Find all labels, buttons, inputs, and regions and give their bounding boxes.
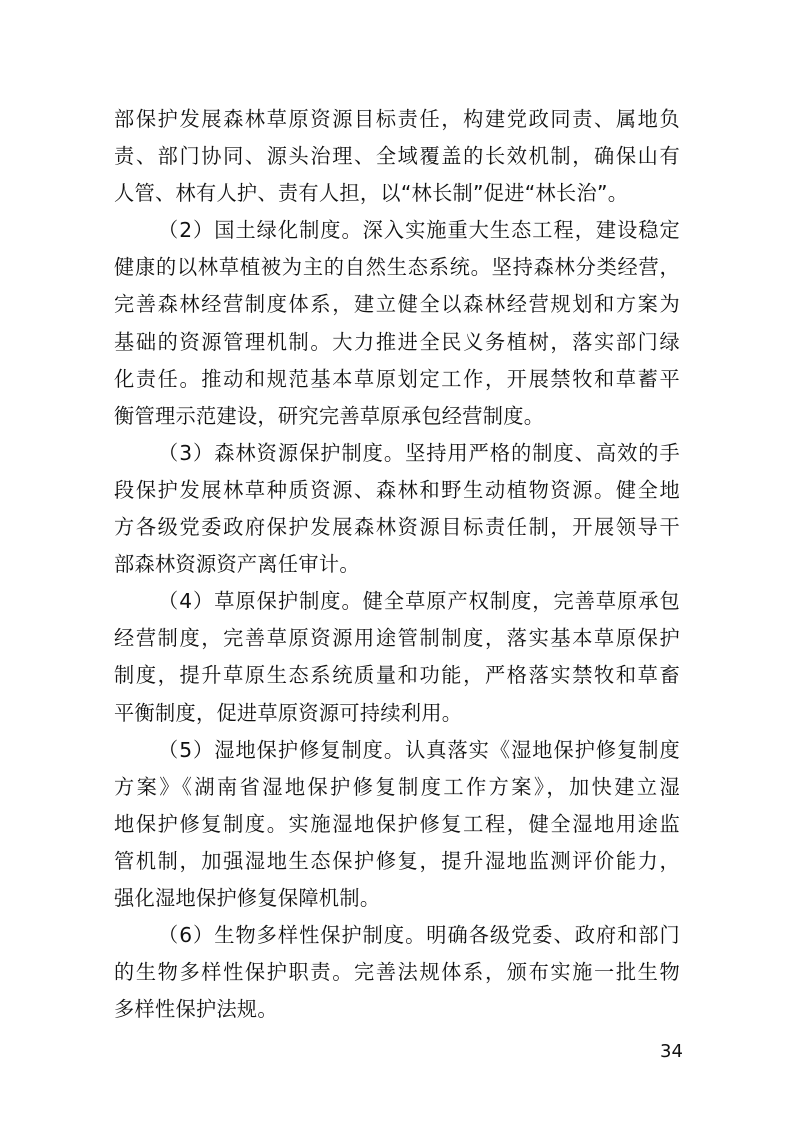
paragraph-wetland-restoration: （5）湿地保护修复制度。认真落实《湿地保护修复制度 方案》《湖南省湿地保护修复制… xyxy=(114,732,680,917)
text-line: （4）草原保护制度。健全草原产权制度，完善草原承包 xyxy=(114,583,680,620)
page-number: 34 xyxy=(660,1040,683,1064)
text-line: 基础的资源管理机制。大力推进全民义务植树，落实部门绿 xyxy=(114,324,680,361)
text-line: 方各级党委政府保护发展森林资源目标责任制，开展领导干 xyxy=(114,509,680,546)
text-line: （3）森林资源保护制度。坚持用严格的制度、高效的手 xyxy=(114,435,680,472)
text-line: 方案》《湖南省湿地保护修复制度工作方案》，加快建立湿 xyxy=(114,769,680,806)
text-line: 平衡制度，促进草原资源可持续利用。 xyxy=(114,695,680,732)
text-line: 人管、林有人护、责有人担，以“林长制”促进“林长治”。 xyxy=(114,175,680,212)
text-line: 强化湿地保护修复保障机制。 xyxy=(114,880,680,917)
text-line: 的生物多样性保护职责。完善法规体系，颁布实施一批生物 xyxy=(114,954,680,991)
paragraph-forest-protection: （3）森林资源保护制度。坚持用严格的制度、高效的手 段保护发展林草种质资源、森林… xyxy=(114,435,680,583)
text-line: 完善森林经营制度体系，建立健全以森林经营规划和方案为 xyxy=(114,286,680,323)
text-line: 健康的以林草植被为主的自然生态系统。坚持森林分类经营， xyxy=(114,249,680,286)
text-line: 部保护发展森林草原资源目标责任，构建党政同责、属地负 xyxy=(114,101,680,138)
text-line: 化责任。推动和规范基本草原划定工作，开展禁牧和草蓄平 xyxy=(114,361,680,398)
text-line: 管机制，加强湿地生态保护修复，提升湿地监测评价能力， xyxy=(114,843,680,880)
paragraph-biodiversity: （6）生物多样性保护制度。明确各级党委、政府和部门 的生物多样性保护职责。完善法… xyxy=(114,917,680,1028)
text-line: 制度，提升草原生态系统质量和功能，严格落实禁牧和草畜 xyxy=(114,657,680,694)
text-line: 段保护发展林草种质资源、森林和野生动植物资源。健全地 xyxy=(114,472,680,509)
text-line: 多样性保护法规。 xyxy=(114,991,680,1028)
text-line: 责、部门协同、源头治理、全域覆盖的长效机制，确保山有 xyxy=(114,138,680,175)
body-text: 部保护发展森林草原资源目标责任，构建党政同责、属地负 责、部门协同、源头治理、全… xyxy=(114,101,680,1028)
document-page: 部保护发展森林草原资源目标责任，构建党政同责、属地负 责、部门协同、源头治理、全… xyxy=(0,0,793,1122)
paragraph-continuation: 部保护发展森林草原资源目标责任，构建党政同责、属地负 责、部门协同、源头治理、全… xyxy=(114,101,680,212)
text-line: 经营制度，完善草原资源用途管制制度，落实基本草原保护 xyxy=(114,620,680,657)
text-line: （6）生物多样性保护制度。明确各级党委、政府和部门 xyxy=(114,917,680,954)
text-line: （5）湿地保护修复制度。认真落实《湿地保护修复制度 xyxy=(114,732,680,769)
text-line: （2）国土绿化制度。深入实施重大生态工程，建设稳定 xyxy=(114,212,680,249)
paragraph-grassland-protection: （4）草原保护制度。健全草原产权制度，完善草原承包 经营制度，完善草原资源用途管… xyxy=(114,583,680,731)
text-line: 衡管理示范建设，研究完善草原承包经营制度。 xyxy=(114,398,680,435)
text-line: 部森林资源资产离任审计。 xyxy=(114,546,680,583)
paragraph-land-greening: （2）国土绿化制度。深入实施重大生态工程，建设稳定 健康的以林草植被为主的自然生… xyxy=(114,212,680,435)
text-line: 地保护修复制度。实施湿地保护修复工程，健全湿地用途监 xyxy=(114,806,680,843)
